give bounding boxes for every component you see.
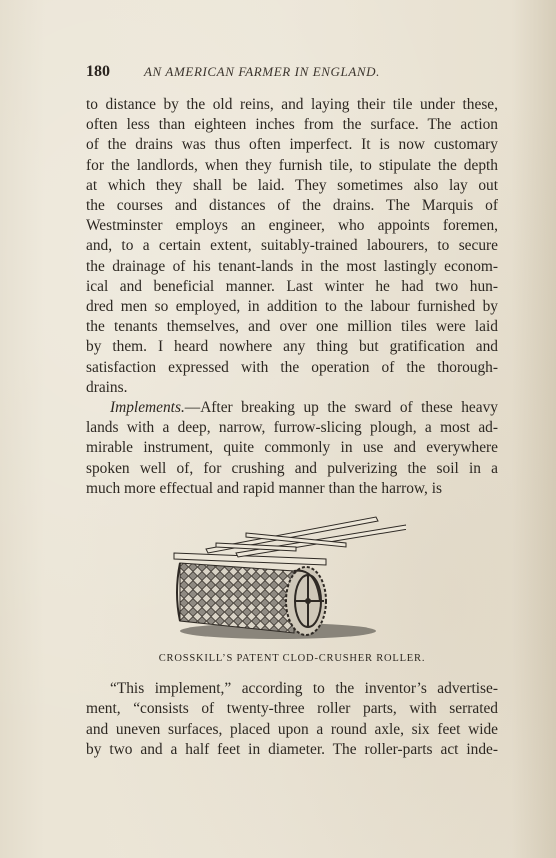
text-line: mirable instrument, quite commonly in us… xyxy=(86,438,498,458)
running-title: AN AMERICAN FARMER IN ENGLAND. xyxy=(144,64,380,80)
text-line: Implements.—After breaking up the sward … xyxy=(86,398,498,418)
book-page: 180 AN AMERICAN FARMER IN ENGLAND. to di… xyxy=(86,63,498,760)
text-line: ical and beneficial manner. Last winter … xyxy=(86,277,498,297)
text-line: to distance by the old reins, and laying… xyxy=(86,95,498,115)
text-line: spoken well of, for crushing and pulveri… xyxy=(86,459,498,479)
text-line: drains. xyxy=(86,378,498,398)
text-line: at which they shall be laid. They someti… xyxy=(86,176,498,196)
text-line: Westminster employs an engineer, who app… xyxy=(86,216,498,236)
text-line: by two and a half feet in diameter. The … xyxy=(86,740,498,760)
text-line: dred men so employed, in addition to the… xyxy=(86,297,498,317)
paragraph-advertisement: “This implement,” according to the inven… xyxy=(86,679,498,760)
text-line: the tenants themselves, and over one mil… xyxy=(86,317,498,337)
text-line: lands with a deep, narrow, furrow-slicin… xyxy=(86,418,498,438)
text-line: and uneven surfaces, placed upon a round… xyxy=(86,720,498,740)
text-fragment: —After breaking up the sward of these he… xyxy=(185,399,498,416)
body-text: to distance by the old reins, and laying… xyxy=(86,95,498,760)
text-line: much more effectual and rapid manner tha… xyxy=(86,479,498,499)
text-line: the courses and distances of the drains.… xyxy=(86,196,498,216)
text-line: satisfaction expressed with the operatio… xyxy=(86,358,498,378)
section-lead: Implements. xyxy=(110,399,185,416)
figure-caption: CROSSKILL’S PATENT CLOD-CRUSHER ROLLER. xyxy=(86,649,498,669)
text-line: by them. I heard nowhere any thing but g… xyxy=(86,337,498,357)
text-line: and, to a certain extent, suitably-train… xyxy=(86,236,498,256)
text-line: of the drains was thus often imperfect. … xyxy=(86,135,498,155)
clod-crusher-roller-icon xyxy=(166,513,406,643)
paragraph-implements: Implements.—After breaking up the sward … xyxy=(86,398,498,499)
text-line: for the landlords, when they furnish til… xyxy=(86,156,498,176)
text-line: ment, “consists of twenty-three roller p… xyxy=(86,699,498,719)
running-head: 180 AN AMERICAN FARMER IN ENGLAND. xyxy=(86,63,498,85)
text-line: “This implement,” according to the inven… xyxy=(86,679,498,699)
text-line: the drainage of his tenant-lands in the … xyxy=(86,257,498,277)
figure-clod-crusher xyxy=(86,505,498,645)
paragraph-drainage: to distance by the old reins, and laying… xyxy=(86,95,498,398)
text-line: often less than eighteen inches from the… xyxy=(86,115,498,135)
page-number: 180 xyxy=(86,63,144,81)
